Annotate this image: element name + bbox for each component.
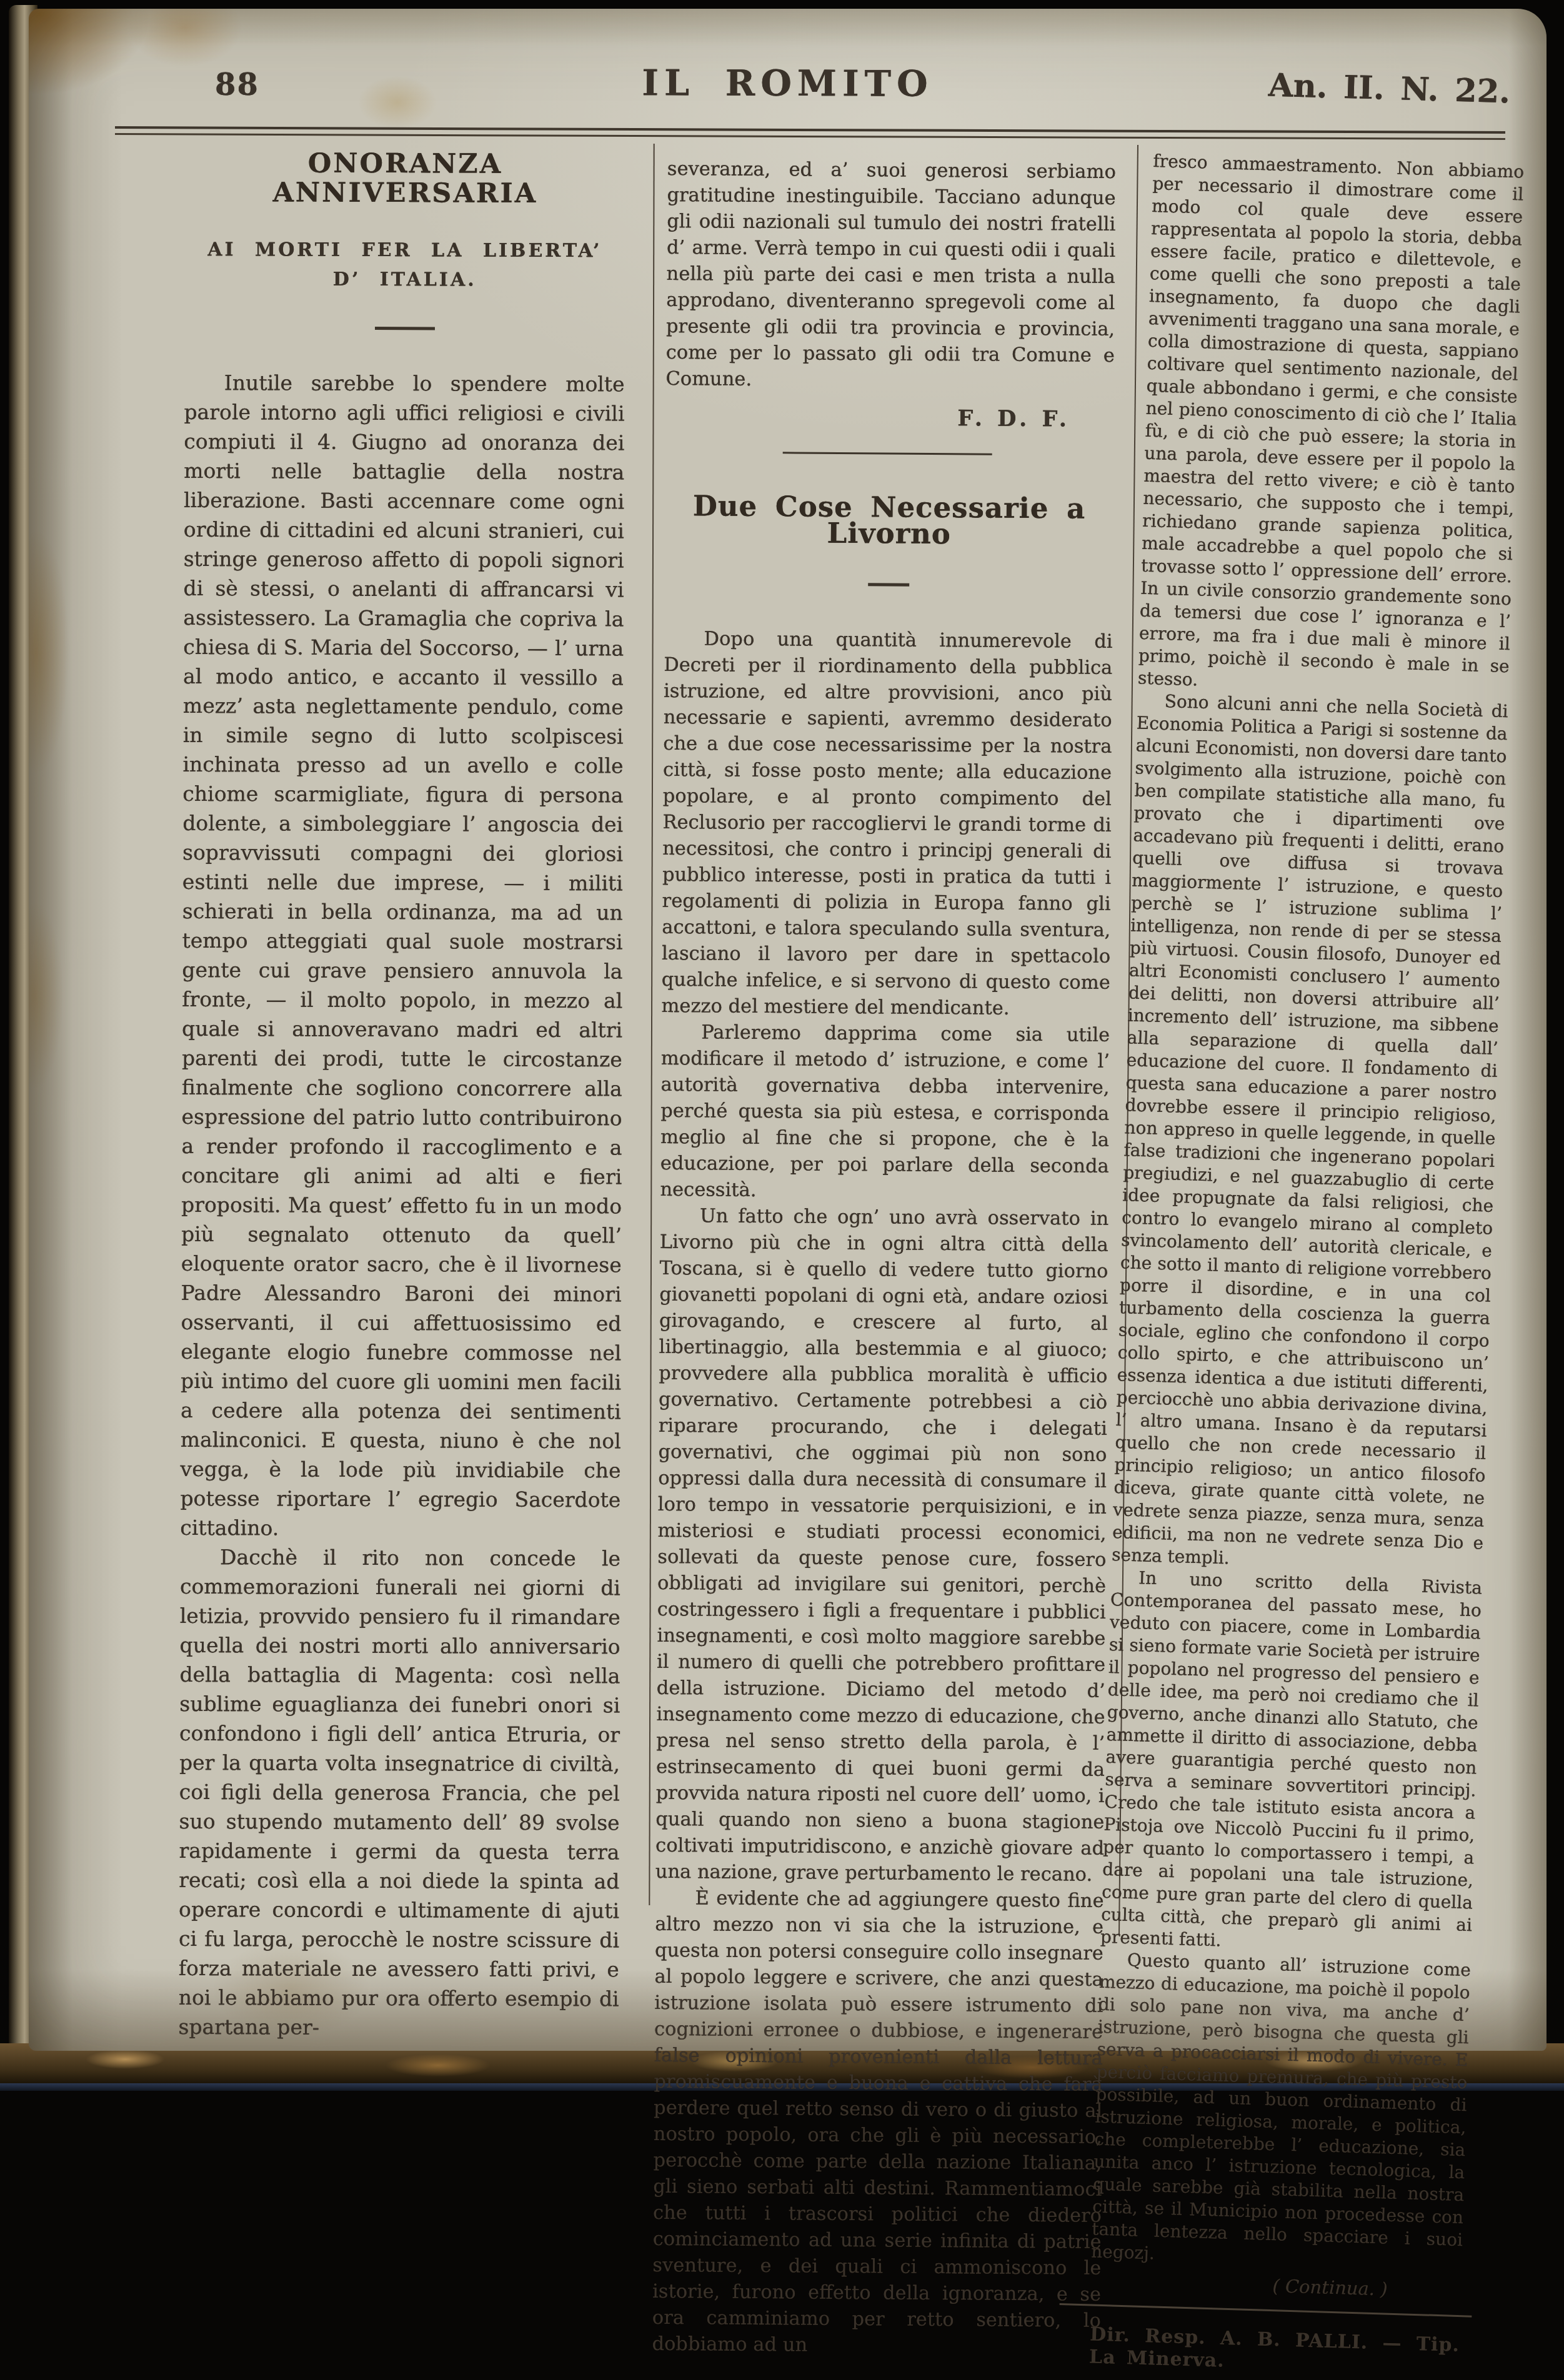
column-2: severanza, ed a’ suoi generosi serbiamo … — [652, 156, 1116, 2091]
article2-paragraph-4-col3: fresco ammaestramento. Non abbiamo per n… — [1137, 150, 1524, 700]
article1-paragraph-2-col2: severanza, ed a’ suoi generosi serbiamo … — [665, 156, 1116, 395]
scan-background: 88 IL ROMITO An. II. N. 22. ONORANZA ANN… — [0, 0, 1564, 2091]
article2-paragraph-1: Dopo una quantità innumerevole di Decret… — [661, 626, 1112, 1023]
article2-paragraph-7: Questo quanto all’ istruzione come mezzo… — [1091, 1948, 1472, 2091]
article1-title: ONORANZA ANNIVERSARIA — [185, 149, 625, 209]
article1-paragraph-1: Inutile sarebbe lo spendere molte parole… — [180, 368, 625, 1544]
column-1: ONORANZA ANNIVERSARIA AI MORTI FER LA LI… — [178, 149, 625, 2043]
header-double-rule — [115, 126, 1505, 140]
article2-paragraph-3: Un fatto che ogn’ uno avrà osservato in … — [655, 1203, 1109, 1888]
section-dash — [374, 327, 434, 330]
article1-signature: F. D. F. — [665, 404, 1114, 433]
article2-paragraph-2: Parleremo dapprima come sia utile modifi… — [660, 1019, 1110, 1206]
column-divider-left — [649, 144, 654, 1905]
issue-number: An. II. N. 22. — [1268, 67, 1511, 111]
newspaper-page: 88 IL ROMITO An. II. N. 22. ONORANZA ANN… — [29, 9, 1547, 2051]
article2-title: Due Cose Necessarie a Livorno — [665, 493, 1114, 548]
article2-paragraph-4-col2: È evidente che ad aggiungere questo fine… — [652, 1885, 1103, 2091]
section-dash — [868, 583, 909, 586]
column-3: fresco ammaestramento. Non abbiamo per n… — [1088, 150, 1525, 2091]
article1-paragraph-2-col1: Dacchè il rito non concede le commemoraz… — [178, 1542, 620, 2043]
article2-paragraph-6: In uno scritto della Rivista Contemporan… — [1100, 1566, 1483, 1959]
article-separator-rule — [783, 452, 992, 455]
article1-subtitle: AI MORTI FER LA LIBERTA’ D’ ITALIA. — [184, 235, 625, 295]
article2-paragraph-5: Sono alcuni anni che nella Società di Ec… — [1112, 690, 1508, 1577]
